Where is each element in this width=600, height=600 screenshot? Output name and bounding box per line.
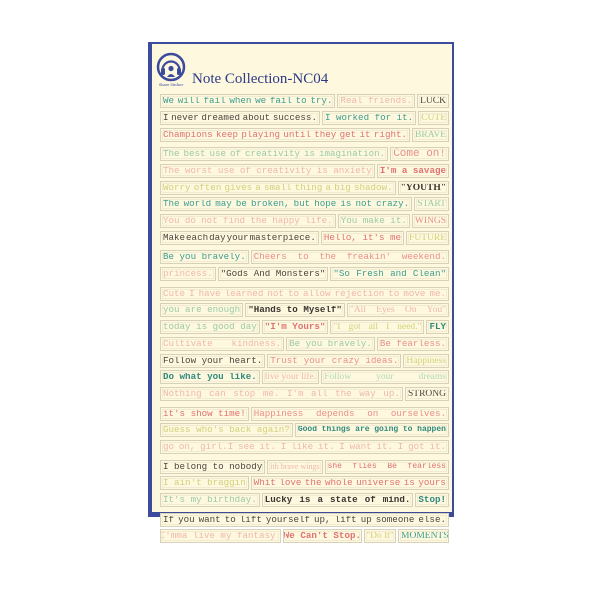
- sticker-row: today is good day"I'm Yours""IgotallInee…: [160, 320, 449, 334]
- sticker-row: I belong to nobodyith brave wingssheflie…: [160, 460, 449, 474]
- sticker-row: It's my birthday.Luckyisastateofmind.Sto…: [160, 493, 449, 507]
- sticker-row: Worryoftengivesasmallthingabigshadow."YO…: [160, 181, 449, 195]
- sticker-row: I'mma live my fantasy.We Can't Stop."Do …: [160, 529, 449, 543]
- sticker-row: Youdonotfindthehappylife.You make it.WIN…: [160, 214, 449, 228]
- sticker-label: START: [414, 197, 449, 211]
- sticker-label: FLY: [426, 320, 449, 334]
- sticker-row: Guess who's back again?Goodthingsaregoin…: [160, 423, 449, 437]
- sticker-label: CUTE: [418, 111, 449, 125]
- sticker-row: you are enough"Hands to Myself""AllEyesO…: [160, 303, 449, 317]
- sticker-label: shefliesBefearless: [325, 460, 449, 474]
- sticker-label: "Gods And Monsters": [218, 267, 329, 281]
- sticker-row: Nothingcanstopme.I'mallthewayup.STRONG: [160, 387, 449, 401]
- sticker-label: CuteIhavelearnednottoallowrejectiontomov…: [160, 287, 449, 301]
- sticker-label: I worked for it.: [322, 111, 416, 125]
- sticker-label: "IgotallIneed.": [330, 320, 424, 334]
- sticker-label: Do what you like.: [160, 370, 260, 384]
- sticker-label: STRONG: [405, 387, 449, 401]
- sticker-row: CuteIhavelearnednottoallowrejectiontomov…: [160, 287, 449, 301]
- headphones-logo-icon: Share Sticker: [156, 52, 186, 90]
- sticker-label: "SoFreshandClean": [330, 267, 449, 281]
- sticker-label: Come on!: [390, 147, 449, 161]
- sticker-label: You make it.: [338, 214, 410, 228]
- sticker-label: Happiness: [403, 354, 449, 368]
- sticker-label: Wewillfailwhenwefailtotry.: [160, 94, 335, 108]
- sticker-rows: Wewillfailwhenwefailtotry.Real friends.L…: [160, 94, 449, 546]
- sticker-label: I belong to nobody: [160, 460, 265, 474]
- sticker-label: Theworldmaybebroken,buthopeisnotcrazy.: [160, 197, 412, 211]
- sticker-label: FUTURE: [406, 231, 449, 245]
- sticker-label: MOMENTS: [398, 529, 449, 543]
- sticker-label: WINGS: [412, 214, 449, 228]
- sticker-label: "AllEyesOnYou": [347, 303, 449, 317]
- sticker-label: Luckyisastateofmind.: [262, 493, 414, 507]
- sticker-label: Youdonotfindthehappylife.: [160, 214, 336, 228]
- sticker-label: princess.: [160, 267, 216, 281]
- sticker-label: it's show time!: [160, 407, 249, 421]
- sticker-row: Championskeepplayinguntiltheygetitright.…: [160, 128, 449, 142]
- sticker-label: Guess who's back again?: [160, 423, 293, 437]
- sticker-label: Trustyourcrazyideas.: [267, 354, 401, 368]
- sticker-row: Thebestuseofcreativityisimagination.Come…: [160, 147, 449, 161]
- sticker-label: you are enough: [160, 303, 243, 317]
- sticker-label: Thebestuseofcreativityisimagination.: [160, 147, 388, 161]
- sticker-label: It's my birthday.: [160, 493, 260, 507]
- sticker-row: it's show time!Happinessdependsonourselv…: [160, 407, 449, 421]
- sticker-label: Followyourdreams: [321, 370, 449, 384]
- sticker-label: goon,girl.Iseeit.Ilikeit.Iwantit.Igotit.: [160, 440, 449, 454]
- sticker-label: today is good day: [160, 320, 260, 334]
- sticker-label: Whitlovethewholeuniverseisyours: [251, 476, 449, 490]
- sticker-label: I'm a savage: [377, 164, 449, 178]
- sticker-label: Happinessdependsonourselves.: [251, 407, 449, 421]
- logo-caption: Share Sticker: [156, 83, 186, 87]
- sticker-label: Championskeepplayinguntiltheygetitright.: [160, 128, 410, 142]
- sticker-label: I'mma live my fantasy.: [160, 529, 281, 543]
- sticker-row: Ineverdreamedaboutsuccess.I worked for i…: [160, 111, 449, 125]
- sticker-row: Ifyouwanttoliftyourselfup,liftupsomeonee…: [160, 513, 449, 527]
- sticker-row: Cultivatekindness.Be you bravely.Be fear…: [160, 337, 449, 351]
- sticker-row: I ain't bragginWhitlovethewholeuniversei…: [160, 476, 449, 490]
- sticker-label: ith brave wings: [267, 460, 322, 474]
- sheet-header: Share Sticker Note Collection-NC04: [156, 48, 328, 90]
- sticker-row: Wewillfailwhenwefailtotry.Real friends.L…: [160, 94, 449, 108]
- sticker-row: princess."Gods And Monsters""SoFreshandC…: [160, 267, 449, 281]
- sticker-label: live your life.: [262, 370, 319, 384]
- sticker-label: Ineverdreamedaboutsuccess.: [160, 111, 320, 125]
- sticker-label: Makeeachdayyourmasterpiece.: [160, 231, 319, 245]
- sticker-row: Makeeachdayyourmasterpiece.Hello, it's m…: [160, 231, 449, 245]
- sticker-row: Follow your heart.Trustyourcrazyideas.Ha…: [160, 354, 449, 368]
- sticker-row: Be you bravely.Cheerstothefreakin'weeken…: [160, 250, 449, 264]
- sheet-title: Note Collection-NC04: [192, 71, 328, 88]
- sticker-label: "Hands to Myself": [245, 303, 345, 317]
- sticker-row: Do what you like.live your life.Followyo…: [160, 370, 449, 384]
- sticker-label: I ain't braggin: [160, 476, 249, 490]
- sticker-label: "I'm Yours": [262, 320, 329, 334]
- sticker-row: goon,girl.Iseeit.Ilikeit.Iwantit.Igotit.: [160, 440, 449, 454]
- sticker-label: Be you bravely.: [160, 250, 249, 264]
- sticker-label: Cultivatekindness.: [160, 337, 284, 351]
- sticker-label: Cheerstothefreakin'weekend.: [251, 250, 449, 264]
- sticker-label: Follow your heart.: [160, 354, 265, 368]
- sticker-label: Theworstuseofcreativityisanxiety: [160, 164, 375, 178]
- sticker-label: Worryoftengivesasmallthingabigshadow.: [160, 181, 396, 195]
- sticker-label: Stop!: [415, 493, 449, 507]
- sticker-sheet-card: Share Sticker Note Collection-NC04 Wewil…: [148, 42, 454, 517]
- sticker-row: Theworldmaybebroken,buthopeisnotcrazy.ST…: [160, 197, 449, 211]
- sticker-label: BRAVE: [412, 128, 449, 142]
- sticker-label: Be fearless.: [377, 337, 449, 351]
- sticker-label: Nothingcanstopme.I'mallthewayup.: [160, 387, 403, 401]
- sticker-row: TheworstuseofcreativityisanxietyI'm a sa…: [160, 164, 449, 178]
- sticker-label: "YOUTH": [398, 181, 449, 195]
- sticker-label: Ifyouwanttoliftyourselfup,liftupsomeonee…: [160, 513, 449, 527]
- sticker-label: We Can't Stop.: [283, 529, 362, 543]
- sticker-label: Goodthingsaregoingtohappen: [295, 423, 449, 437]
- sticker-label: "Do It": [364, 529, 396, 543]
- sticker-label: Hello, it's me: [321, 231, 404, 245]
- sticker-label: Real friends.: [337, 94, 415, 108]
- sticker-label: Be you bravely.: [286, 337, 375, 351]
- sticker-label: LUCK: [417, 94, 449, 108]
